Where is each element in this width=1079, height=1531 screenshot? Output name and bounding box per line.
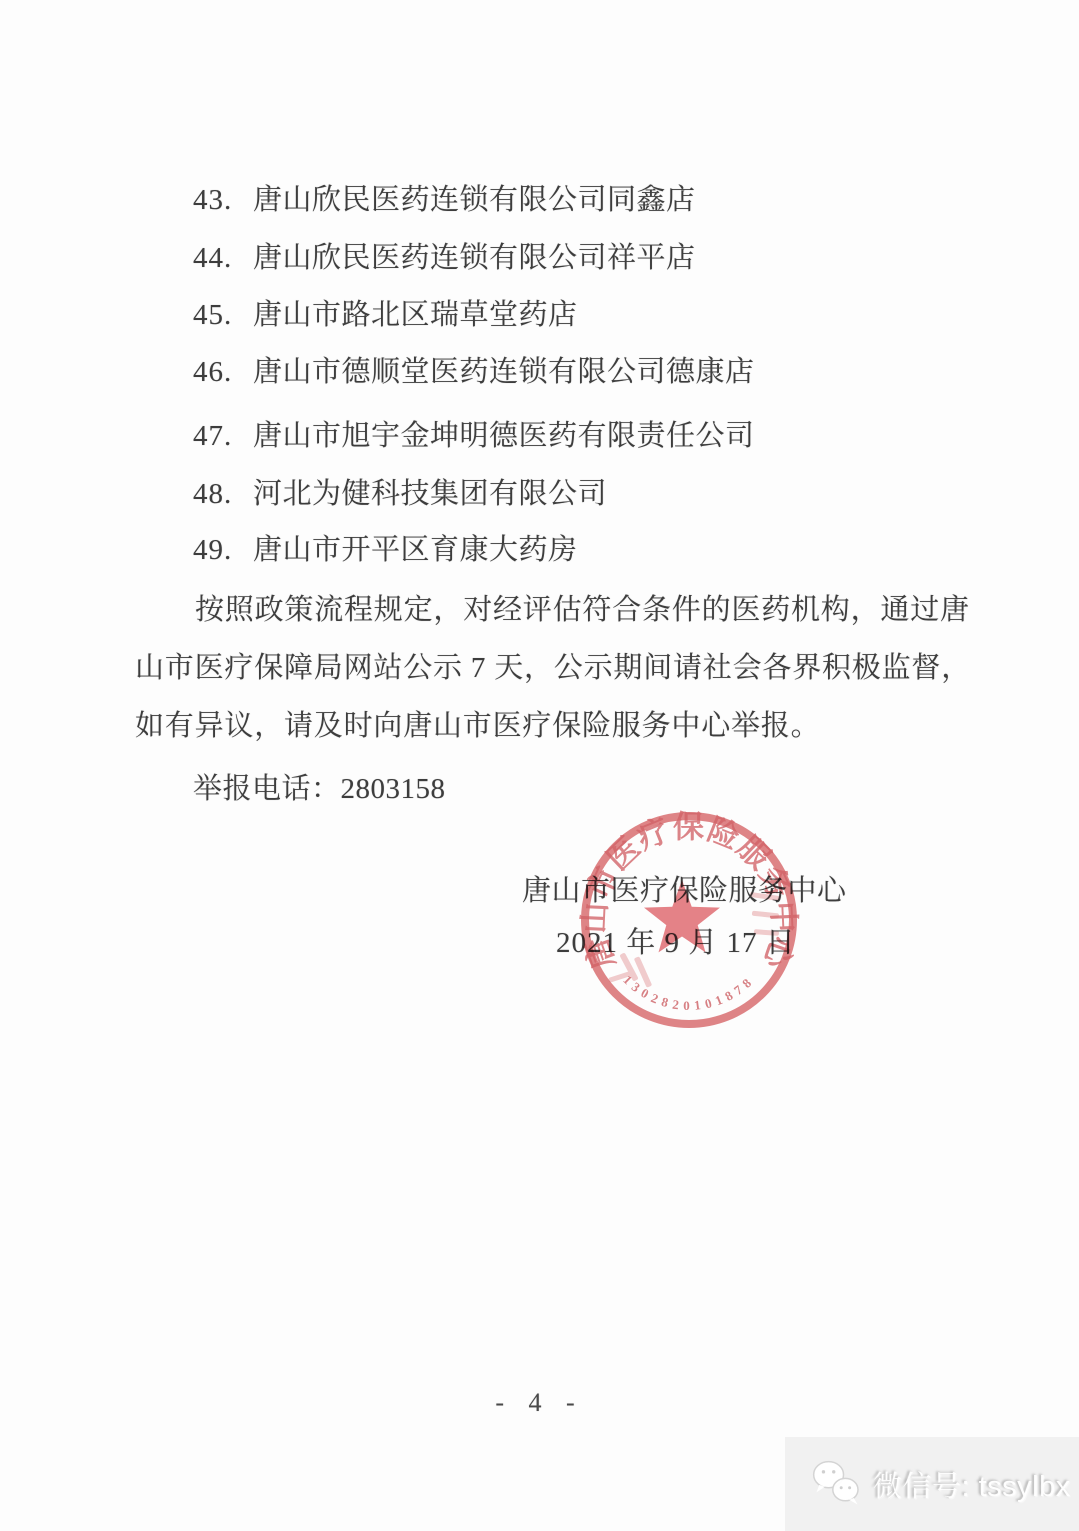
list-item-number: 49.	[193, 533, 253, 567]
pharmacy-name: 唐山市旭宇金坤明德医药有限责任公司	[253, 420, 755, 452]
pharmacy-name: 河北为健科技集团有限公司	[253, 478, 607, 510]
paragraph-line-1: 按照政策流程规定，对经评估符合条件的医药机构，通过唐	[195, 593, 970, 627]
list-item: 48.河北为健科技集团有限公司	[193, 477, 607, 511]
pharmacy-name: 唐山市德顺堂医药连锁有限公司德康店	[253, 356, 755, 388]
official-seal: 唐山市医疗保险服务中心 1302820101878	[574, 806, 804, 1036]
wechat-id-label: 微信号: tssylbx	[873, 1464, 1071, 1505]
paragraph-line-3: 如有异议，请及时向唐山市医疗保险服务中心举报。	[135, 709, 820, 743]
list-item-number: 47.	[193, 419, 253, 453]
pharmacy-name: 唐山欣民医药连锁有限公司同鑫店	[253, 184, 696, 216]
pharmacy-name: 唐山市开平区育康大药房	[253, 534, 578, 566]
list-item-number: 45.	[193, 298, 253, 332]
list-item: 43.唐山欣民医药连锁有限公司同鑫店	[193, 183, 696, 217]
paragraph-line-2: 山市医疗保障局网站公示 7 天，公示期间请社会各界积极监督，	[135, 651, 971, 685]
list-item: 47.唐山市旭宇金坤明德医药有限责任公司	[193, 419, 755, 453]
list-item-number: 46.	[193, 355, 253, 389]
list-item: 49.唐山市开平区育康大药房	[193, 533, 578, 567]
list-item-number: 48.	[193, 477, 253, 511]
seal-star	[644, 880, 720, 952]
document-page: 43.唐山欣民医药连锁有限公司同鑫店 44.唐山欣民医药连锁有限公司祥平店 45…	[0, 0, 1079, 1531]
pharmacy-name: 唐山市路北区瑞草堂药店	[253, 299, 578, 331]
wechat-icon	[809, 1456, 865, 1512]
page-number: - 4 -	[0, 1388, 1079, 1418]
report-hotline: 举报电话：2803158	[193, 772, 446, 806]
pharmacy-name: 唐山欣民医药连锁有限公司祥平店	[253, 242, 696, 274]
list-item: 44.唐山欣民医药连锁有限公司祥平店	[193, 241, 696, 275]
list-item-number: 44.	[193, 241, 253, 275]
list-item: 46.唐山市德顺堂医药连锁有限公司德康店	[193, 355, 755, 389]
seal-ring-text: 唐山市医疗保险服务中心	[576, 810, 801, 974]
wechat-watermark: 微信号: tssylbx	[785, 1437, 1079, 1531]
seal-code: 1302820101878	[620, 972, 757, 1013]
list-item: 45.唐山市路北区瑞草堂药店	[193, 298, 578, 332]
list-item-number: 43.	[193, 183, 253, 217]
